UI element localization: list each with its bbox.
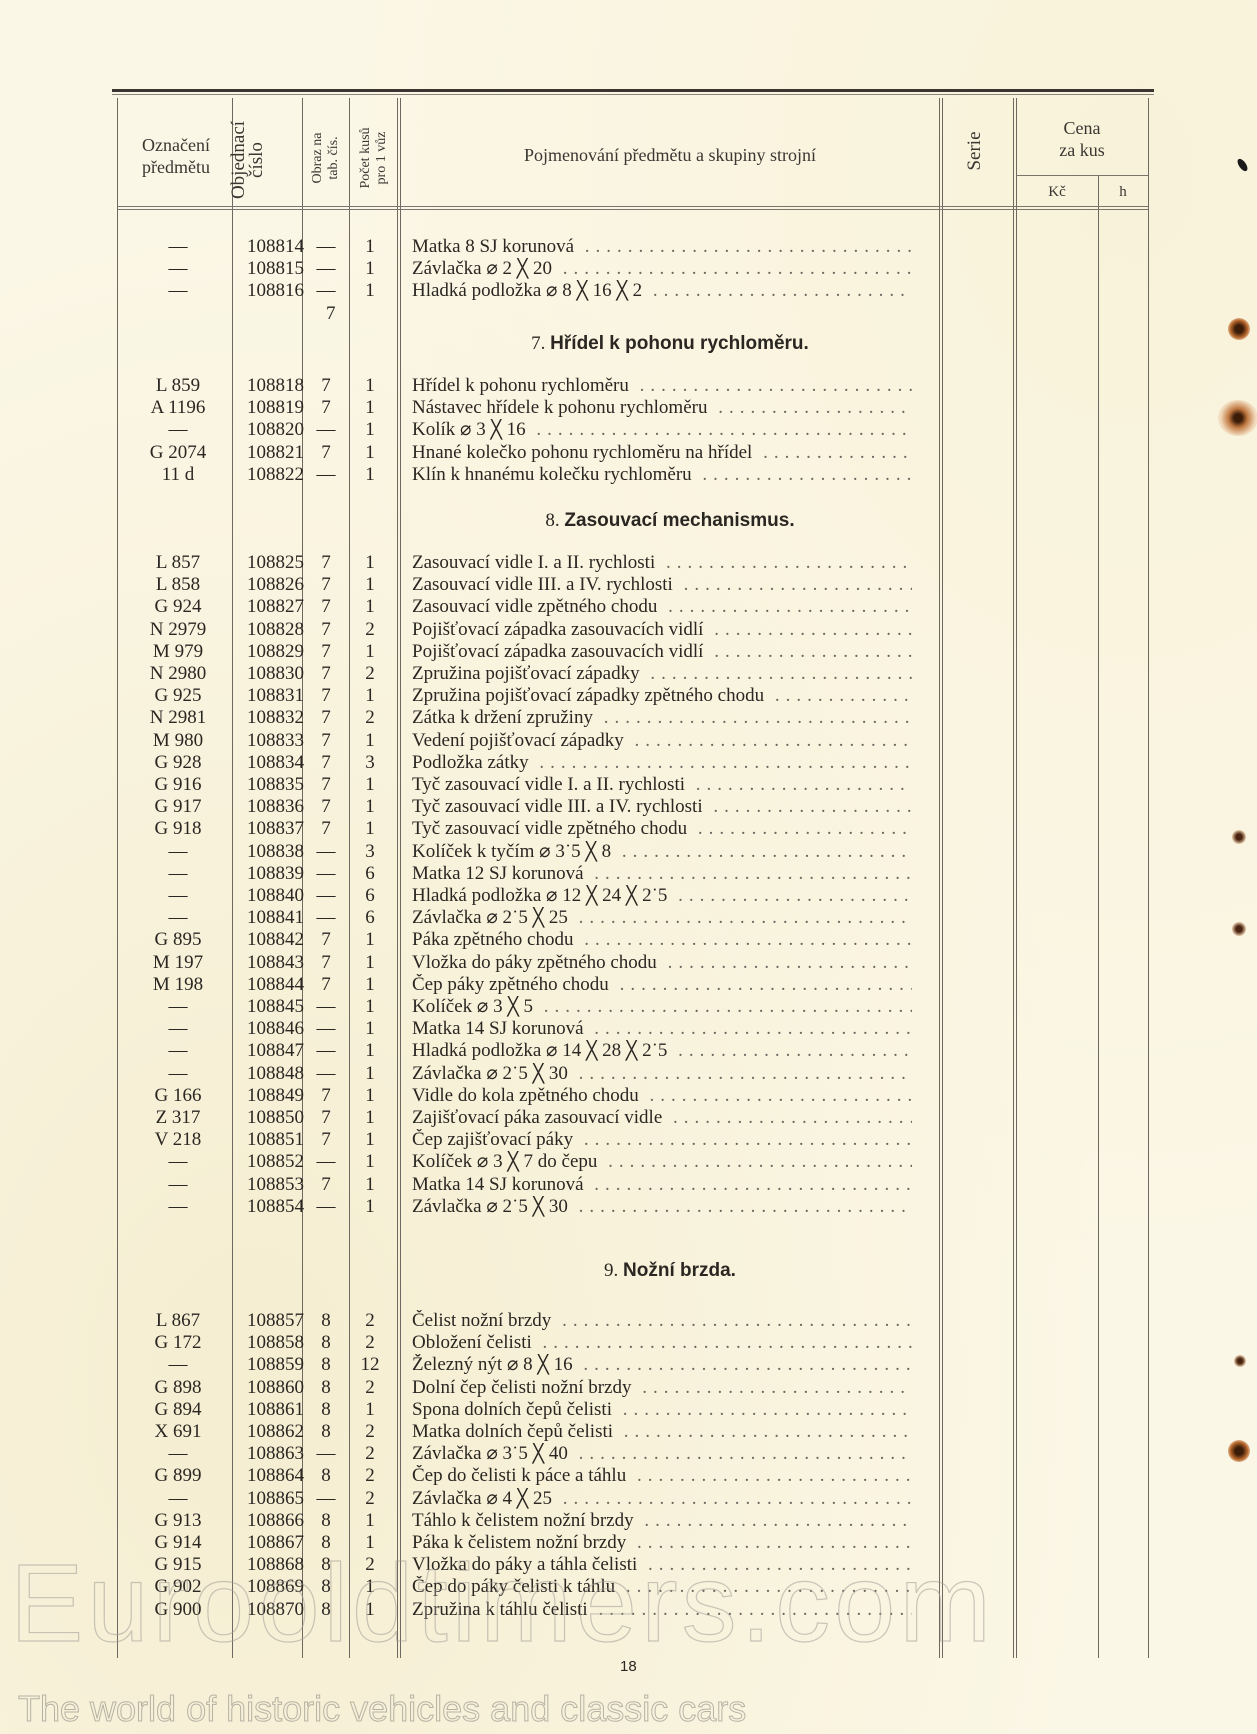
table-row: —108845—1Kolíček ⌀ 3 ╳ 5 ...............…: [0, 996, 940, 1018]
part-mark: L 867: [118, 1310, 238, 1332]
table-row: —108852—1Kolíček ⌀ 3 ╳ 7 do čepu .......…: [0, 1151, 940, 1173]
figure-number: 7: [304, 796, 348, 818]
figure-number: 7: [304, 752, 348, 774]
order-number: 108860: [232, 1377, 304, 1399]
dot-leader: ........................................…: [657, 952, 912, 973]
part-name: Podložka zátky .........................…: [412, 752, 912, 774]
part-mark: G 924: [118, 596, 238, 618]
part-name: Spona dolních čepů čelisti .............…: [412, 1399, 912, 1421]
quantity: 1: [350, 796, 390, 818]
dot-leader: ........................................…: [568, 907, 912, 928]
part-name-text: Zajišťovací páka zasouvací vidle: [412, 1107, 662, 1128]
dot-leader: ........................................…: [634, 1510, 912, 1531]
header-serie: Serie: [966, 111, 984, 191]
figure-number: —: [304, 1063, 348, 1085]
part-name: Vedení pojišťovací západky .............…: [412, 730, 912, 752]
quantity: 1: [350, 818, 390, 840]
dot-leader: ........................................…: [685, 774, 912, 795]
binder-hole-stain: [1228, 318, 1250, 340]
header-name: Pojmenování předmětu a skupiny strojní: [400, 144, 940, 166]
table-row: —108865—2Závlačka ⌀ 4 ╳ 25 .............…: [0, 1488, 940, 1510]
part-name: Hladká podložka ⌀ 8 ╳ 16 ╳ 2 ...........…: [412, 280, 912, 302]
section-title: Zasouvací mechanismus.: [564, 510, 794, 531]
part-mark: G 895: [118, 929, 238, 951]
header-price-kc: Kč: [1016, 181, 1098, 203]
table-row: —108847—1Hladká podložka ⌀ 14 ╳ 28 ╳ 2˙5…: [0, 1040, 940, 1062]
order-number: 108828: [232, 619, 304, 641]
watermark-tagline: The world of historic vehicles and class…: [18, 1688, 746, 1730]
part-name: Páka zpětného chodu ....................…: [412, 929, 912, 951]
figure-number: —: [304, 1488, 348, 1510]
figure-number: 8: [304, 1310, 348, 1332]
header-rule: [117, 209, 1148, 210]
dot-leader: ........................................…: [640, 663, 912, 684]
part-name: Zátka k držení zpružiny ................…: [412, 707, 912, 729]
order-number: 108837: [232, 818, 304, 840]
part-mark: —: [118, 1151, 238, 1173]
quantity: 3: [350, 752, 390, 774]
order-number: 108864: [232, 1465, 304, 1487]
dot-leader: ........................................…: [613, 1421, 912, 1442]
part-mark: 11 d: [118, 464, 238, 486]
dot-leader: ........................................…: [584, 1018, 912, 1039]
part-name: Nástavec hřídele k pohonu rychloměru ...…: [412, 397, 912, 419]
figure-number: 7: [304, 596, 348, 618]
dot-leader: ........................................…: [568, 1443, 912, 1464]
quantity: 1: [350, 1063, 390, 1085]
part-name: Matka 14 SJ korunová ...................…: [412, 1018, 912, 1040]
table-row: M 97910882971Pojišťovací západka zasouva…: [0, 641, 940, 663]
quantity: 2: [350, 1488, 390, 1510]
table-row: G 92810883473Podložka zátky ............…: [0, 752, 940, 774]
part-mark: G 917: [118, 796, 238, 818]
table-row: G 17210885882Obložení čelisti ..........…: [0, 1332, 940, 1354]
dot-leader: ........................................…: [593, 707, 912, 728]
part-name: Zasouvací vidle zpětného chodu .........…: [412, 596, 912, 618]
part-name-text: Podložka zátky: [412, 752, 529, 773]
header-order: Objednací číslo: [230, 105, 266, 215]
part-mark: L 857: [118, 552, 238, 574]
part-name: Zajišťovací páka zasouvací vidle .......…: [412, 1107, 912, 1129]
figure-number: —: [304, 280, 348, 302]
section-heading: 7. Hřídel k pohonu rychloměru.: [400, 333, 940, 355]
part-mark: M 980: [118, 730, 238, 752]
stray-figure-number: 7: [326, 303, 336, 325]
part-mark: G 913: [118, 1510, 238, 1532]
part-name-text: Hladká podložka ⌀ 14 ╳ 28 ╳ 2˙5: [412, 1040, 667, 1061]
order-number: 108848: [232, 1063, 304, 1085]
quantity: 2: [350, 1421, 390, 1443]
table-row: G 89810886082Dolní čep čelisti nožní brz…: [0, 1377, 940, 1399]
table-row: 11 d108822—1Klín k hnanému kolečku rychl…: [0, 464, 940, 486]
table-row: L 86710885782Čelist nožní brzdy ........…: [0, 1310, 940, 1332]
order-number: 108838: [232, 841, 304, 863]
order-number: 108840: [232, 885, 304, 907]
figure-number: —: [304, 236, 348, 258]
order-number: 108819: [232, 397, 304, 419]
quantity: 1: [350, 1040, 390, 1062]
section-heading: 8. Zasouvací mechanismus.: [400, 510, 940, 532]
quantity: 1: [350, 1399, 390, 1421]
part-mark: A 1196: [118, 397, 238, 419]
part-name: Vložka do páky zpětného chodu ..........…: [412, 952, 912, 974]
part-name: Železný nýt ⌀ 8 ╳ 16 ...................…: [412, 1354, 912, 1376]
table-row: Z 31710885071Zajišťovací páka zasouvací …: [0, 1107, 940, 1129]
quantity: 1: [350, 1085, 390, 1107]
figure-number: 7: [304, 375, 348, 397]
table-row: —108846—1Matka 14 SJ korunová ..........…: [0, 1018, 940, 1040]
dot-leader: ........................................…: [574, 236, 912, 257]
table-row: G 91710883671Tyč zasouvací vidle III. a …: [0, 796, 940, 818]
part-name-text: Závlačka ⌀ 2˙5 ╳ 25: [412, 907, 568, 928]
binder-hole-stain: [1218, 400, 1257, 436]
part-name-text: Pojišťovací západka zasouvacích vidlí: [412, 641, 703, 662]
table-row: —108816—1Hladká podložka ⌀ 8 ╳ 16 ╳ 2 ..…: [0, 280, 940, 302]
part-name-text: Matka dolních čepů čelisti: [412, 1421, 613, 1442]
order-number: 108854: [232, 1196, 304, 1218]
figure-number: —: [304, 907, 348, 929]
table-row: —108815—1Závlačka ⌀ 2 ╳ 20 .............…: [0, 258, 940, 280]
part-name: Zasouvací vidle I. a II. rychlosti .....…: [412, 552, 912, 574]
header-figure: Obraz na tab. čís.: [310, 103, 342, 213]
order-number: 108829: [232, 641, 304, 663]
order-number: 108839: [232, 863, 304, 885]
order-number: 108827: [232, 596, 304, 618]
part-mark: —: [118, 1443, 238, 1465]
part-mark: M 979: [118, 641, 238, 663]
order-number: 108843: [232, 952, 304, 974]
part-mark: G 899: [118, 1465, 238, 1487]
table-row: —108854—1Závlačka ⌀ 2˙5 ╳ 30 ...........…: [0, 1196, 940, 1218]
part-mark: —: [118, 236, 238, 258]
section-title: Hřídel k pohonu rychloměru.: [550, 333, 809, 354]
quantity: 3: [350, 841, 390, 863]
figure-number: —: [304, 996, 348, 1018]
part-name-text: Závlačka ⌀ 2˙5 ╳ 30: [412, 1196, 568, 1217]
figure-number: 8: [304, 1354, 348, 1376]
part-mark: —: [118, 863, 238, 885]
part-name: Kolíček ⌀ 3 ╳ 7 do čepu ................…: [412, 1151, 912, 1173]
table-row: G 91310886681Táhlo k čelistem nožní brzd…: [0, 1510, 940, 1532]
part-name: Hnané kolečko pohonu rychloměru na hříde…: [412, 442, 912, 464]
table-row: M 19810884471Čep páky zpětného chodu ...…: [0, 974, 940, 996]
part-mark: —: [118, 996, 238, 1018]
figure-number: 7: [304, 442, 348, 464]
quantity: 6: [350, 863, 390, 885]
quantity: 1: [350, 952, 390, 974]
part-mark: —: [118, 1174, 238, 1196]
part-mark: —: [118, 1196, 238, 1218]
dot-leader: ........................................…: [568, 1196, 912, 1217]
order-number: 108847: [232, 1040, 304, 1062]
part-mark: Z 317: [118, 1107, 238, 1129]
dot-leader: ........................................…: [662, 1107, 912, 1128]
part-name-text: Hladká podložka ⌀ 8 ╳ 16 ╳ 2: [412, 280, 642, 301]
quantity: 12: [350, 1354, 390, 1376]
figure-number: —: [304, 841, 348, 863]
part-name: Obložení čelisti .......................…: [412, 1332, 912, 1354]
quantity: 1: [350, 236, 390, 258]
order-number: 108825: [232, 552, 304, 574]
order-number: 108851: [232, 1129, 304, 1151]
col-divider: [1013, 98, 1014, 1658]
dot-leader: ........................................…: [667, 1040, 912, 1061]
part-name-text: Klín k hnanému kolečku rychloměru: [412, 464, 692, 485]
ink-mark: [1236, 157, 1250, 172]
part-mark: G 916: [118, 774, 238, 796]
figure-number: 7: [304, 974, 348, 996]
dot-leader: ........................................…: [626, 1465, 912, 1486]
part-mark: —: [118, 419, 238, 441]
part-name: Dolní čep čelisti nožní brzdy ..........…: [412, 1377, 912, 1399]
order-number: 108816: [232, 280, 304, 302]
section-number: 8.: [545, 510, 559, 531]
dot-leader: ........................................…: [687, 818, 912, 839]
part-name-text: Závlačka ⌀ 4 ╳ 25: [412, 1488, 552, 1509]
figure-number: 8: [304, 1399, 348, 1421]
watermark-brand: Eurooldtimers.com: [10, 1540, 995, 1667]
dot-leader: ........................................…: [639, 1085, 912, 1106]
table-row: L 85910881871Hřídel k pohonu rychloměru …: [0, 375, 940, 397]
part-name: Vidle do kola zpětného chodu ...........…: [412, 1085, 912, 1107]
figure-number: 7: [304, 1174, 348, 1196]
quantity: 1: [350, 685, 390, 707]
part-name-text: Spona dolních čepů čelisti: [412, 1399, 612, 1420]
dot-leader: ........................................…: [707, 397, 912, 418]
part-name: Pojišťovací západka zasouvacích vidlí ..…: [412, 641, 912, 663]
part-mark: —: [118, 841, 238, 863]
quantity: 1: [350, 552, 390, 574]
part-name-text: Vložka do páky zpětného chodu: [412, 952, 657, 973]
quantity: 1: [350, 574, 390, 596]
part-mark: G 172: [118, 1332, 238, 1354]
dot-leader: ........................................…: [629, 375, 912, 396]
table-row: —108863—2Závlačka ⌀ 3˙5 ╳ 40 ...........…: [0, 1443, 940, 1465]
table-row: G 89410886181Spona dolních čepů čelisti …: [0, 1399, 940, 1421]
table-row: A 119610881971Nástavec hřídele k pohonu …: [0, 397, 940, 419]
quantity: 1: [350, 596, 390, 618]
part-name-text: Matka 12 SJ korunová: [412, 863, 584, 884]
quantity: 1: [350, 929, 390, 951]
figure-number: 7: [304, 707, 348, 729]
part-name-text: Pojišťovací západka zasouvacích vidlí: [412, 619, 703, 640]
figure-number: —: [304, 1018, 348, 1040]
header-mark: Označení předmětu: [120, 134, 232, 178]
part-name: Závlačka ⌀ 4 ╳ 25 ......................…: [412, 1488, 912, 1510]
part-name: Závlačka ⌀ 2 ╳ 20 ......................…: [412, 258, 912, 280]
part-mark: M 198: [118, 974, 238, 996]
dot-leader: ........................................…: [568, 1063, 912, 1084]
quantity: 2: [350, 1377, 390, 1399]
part-name: Závlačka ⌀ 2˙5 ╳ 30 ....................…: [412, 1196, 912, 1218]
section-heading: 9. Nožní brzda.: [400, 1260, 940, 1282]
quantity: 1: [350, 1174, 390, 1196]
part-mark: —: [118, 280, 238, 302]
part-mark: G 928: [118, 752, 238, 774]
figure-number: 8: [304, 1465, 348, 1487]
quantity: 1: [350, 1018, 390, 1040]
header-quantity: Počet kusů pro 1 vůz: [358, 103, 390, 213]
part-mark: —: [118, 1018, 238, 1040]
table-row: X 69110886282Matka dolních čepů čelisti …: [0, 1421, 940, 1443]
quantity: 1: [350, 375, 390, 397]
quantity: 2: [350, 1332, 390, 1354]
dot-leader: ........................................…: [657, 596, 912, 617]
table-row: L 85810882671Zasouvací vidle III. a IV. …: [0, 574, 940, 596]
table-row: V 21810885171Čep zajišťovací páky ......…: [0, 1129, 940, 1151]
figure-number: 7: [304, 574, 348, 596]
order-number: 108822: [232, 464, 304, 486]
order-number: 108850: [232, 1107, 304, 1129]
dot-leader: ........................................…: [532, 1332, 912, 1353]
order-number: 108842: [232, 929, 304, 951]
dot-leader: ........................................…: [584, 1174, 912, 1195]
order-number: 108814: [232, 236, 304, 258]
part-mark: L 858: [118, 574, 238, 596]
table-row: G 89910886482Čep do čelisti k páce a táh…: [0, 1465, 940, 1487]
quantity: 1: [350, 1196, 390, 1218]
table-row: —108839—6Matka 12 SJ korunová ..........…: [0, 863, 940, 885]
dot-leader: ........................................…: [584, 863, 912, 884]
part-name-text: Závlačka ⌀ 2 ╳ 20: [412, 258, 552, 279]
part-name-text: Kolíček ⌀ 3 ╳ 7 do čepu: [412, 1151, 597, 1172]
header-price: Cena za kus: [1016, 117, 1148, 161]
figure-number: 8: [304, 1332, 348, 1354]
order-number: 108835: [232, 774, 304, 796]
part-mark: M 197: [118, 952, 238, 974]
part-mark: —: [118, 1040, 238, 1062]
part-name: Hřídel k pohonu rychloměru .............…: [412, 375, 912, 397]
dot-leader: ........................................…: [655, 552, 912, 573]
figure-number: 7: [304, 663, 348, 685]
quantity: 1: [350, 464, 390, 486]
part-name-text: Táhlo k čelistem nožní brzdy: [412, 1510, 634, 1531]
part-name-text: Matka 14 SJ korunová: [412, 1018, 584, 1039]
part-name-text: Matka 14 SJ korunová: [412, 1174, 584, 1195]
part-name-text: Čelist nožní brzdy: [412, 1310, 551, 1331]
figure-number: 7: [304, 774, 348, 796]
dot-leader: ........................................…: [552, 1488, 912, 1509]
dot-leader: ........................................…: [573, 929, 912, 950]
figure-number: —: [304, 1196, 348, 1218]
part-name-text: Zátka k držení zpružiny: [412, 707, 593, 728]
figure-number: 7: [304, 685, 348, 707]
table-row: G 89510884271Páka zpětného chodu .......…: [0, 929, 940, 951]
dot-leader: ........................................…: [526, 419, 912, 440]
table-row: G 92510883171Zpružina pojišťovací západk…: [0, 685, 940, 707]
order-number: 108861: [232, 1399, 304, 1421]
table-row: G 16610884971Vidle do kola zpětného chod…: [0, 1085, 940, 1107]
dot-leader: ........................................…: [667, 885, 912, 906]
dot-leader: ........................................…: [673, 574, 912, 595]
order-number: 108826: [232, 574, 304, 596]
table-row: M 98010883371Vedení pojišťovací západky …: [0, 730, 940, 752]
table-row: G 91610883571Tyč zasouvací vidle I. a II…: [0, 774, 940, 796]
part-mark: V 218: [118, 1129, 238, 1151]
part-name: Čep páky zpětného chodu ................…: [412, 974, 912, 996]
dot-leader: ........................................…: [642, 280, 912, 301]
quantity: 1: [350, 1151, 390, 1173]
quantity: 1: [350, 442, 390, 464]
table-row: —108848—1Závlačka ⌀ 2˙5 ╳ 30 ...........…: [0, 1063, 940, 1085]
dot-leader: ........................................…: [703, 641, 912, 662]
dot-leader: ........................................…: [703, 619, 912, 640]
figure-number: —: [304, 885, 348, 907]
order-number: 108830: [232, 663, 304, 685]
figure-number: —: [304, 1151, 348, 1173]
part-mark: G 894: [118, 1399, 238, 1421]
section-title: Nožní brzda.: [623, 1260, 736, 1281]
dot-leader: ........................................…: [597, 1151, 912, 1172]
quantity: 1: [350, 280, 390, 302]
quantity: 2: [350, 1443, 390, 1465]
order-number: 108846: [232, 1018, 304, 1040]
order-number: 108833: [232, 730, 304, 752]
figure-number: 7: [304, 641, 348, 663]
table-row: —108859812Železný nýt ⌀ 8 ╳ 16 .........…: [0, 1354, 940, 1376]
table-row: L 85710882571Zasouvací vidle I. a II. ry…: [0, 552, 940, 574]
table-row: —10885371Matka 14 SJ korunová ..........…: [0, 1174, 940, 1196]
table-row: N 298110883272Zátka k držení zpružiny ..…: [0, 707, 940, 729]
part-mark: L 859: [118, 375, 238, 397]
figure-number: 8: [304, 1421, 348, 1443]
part-name: Tyč zasouvací vidle III. a IV. rychlosti…: [412, 796, 912, 818]
figure-number: —: [304, 464, 348, 486]
part-name: Táhlo k čelistem nožní brzdy ...........…: [412, 1510, 912, 1532]
top-rule-thin: [112, 94, 1154, 95]
order-number: 108836: [232, 796, 304, 818]
part-name: Matka 14 SJ korunová ...................…: [412, 1174, 912, 1196]
part-name-text: Zasouvací vidle I. a II. rychlosti: [412, 552, 655, 573]
table-row: —108820—1Kolík ⌀ 3 ╳ 16 ................…: [0, 419, 940, 441]
quantity: 1: [350, 258, 390, 280]
part-mark: —: [118, 885, 238, 907]
order-number: 108831: [232, 685, 304, 707]
quantity: 1: [350, 419, 390, 441]
section-number: 7.: [531, 333, 545, 354]
dot-leader: ........................................…: [612, 1399, 912, 1420]
figure-number: 7: [304, 929, 348, 951]
part-name-text: Zasouvací vidle zpětného chodu: [412, 596, 657, 617]
part-name-text: Hnané kolečko pohonu rychloměru na hříde…: [412, 442, 752, 463]
figure-number: 7: [304, 1085, 348, 1107]
dot-leader: ........................................…: [533, 996, 912, 1017]
quantity: 1: [350, 397, 390, 419]
part-mark: —: [118, 1354, 238, 1376]
quantity: 2: [350, 707, 390, 729]
order-number: 108865: [232, 1488, 304, 1510]
part-name-text: Vidle do kola zpětného chodu: [412, 1085, 639, 1106]
part-name: Matka 8 SJ korunová ....................…: [412, 236, 912, 258]
dot-leader: ........................................…: [632, 1377, 913, 1398]
part-name-text: Obložení čelisti: [412, 1332, 532, 1353]
part-mark: N 2979: [118, 619, 238, 641]
part-name-text: Čep páky zpětného chodu: [412, 974, 609, 995]
part-name-text: Závlačka ⌀ 3˙5 ╳ 40: [412, 1443, 568, 1464]
part-name: Čelist nožní brzdy .....................…: [412, 1310, 912, 1332]
dot-leader: ........................................…: [529, 752, 912, 773]
part-name-text: Hřídel k pohonu rychloměru: [412, 375, 629, 396]
price-subheader-rule: [1016, 175, 1148, 176]
part-mark: —: [118, 1488, 238, 1510]
part-name: Zasouvací vidle III. a IV. rychlosti ...…: [412, 574, 912, 596]
order-number: 108866: [232, 1510, 304, 1532]
figure-number: —: [304, 258, 348, 280]
part-name: Matka 12 SJ korunová ...................…: [412, 863, 912, 885]
part-mark: G 898: [118, 1377, 238, 1399]
part-name: Matka dolních čepů čelisti .............…: [412, 1421, 912, 1443]
col-divider: [1016, 98, 1017, 1658]
